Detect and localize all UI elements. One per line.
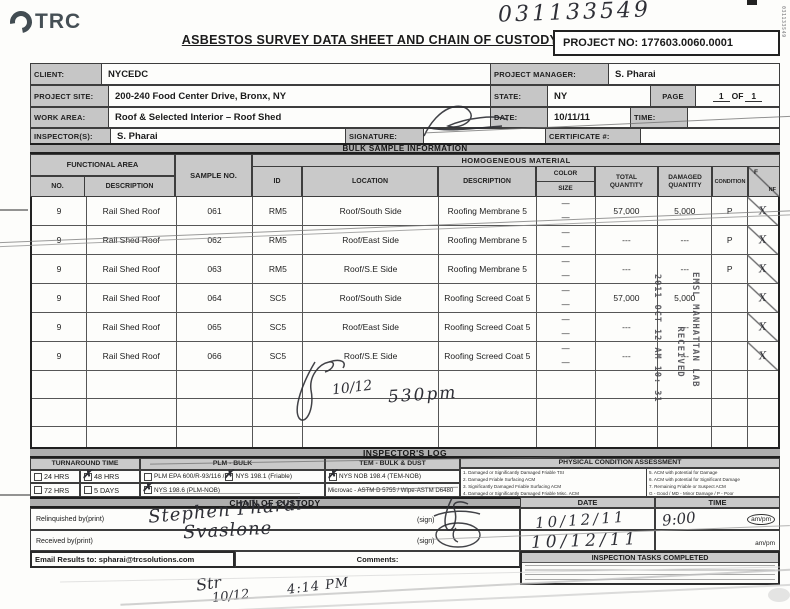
cell-color: —	[562, 258, 570, 266]
physical-item: 6. ACM with potential for Significant Da…	[649, 477, 777, 484]
checkbox-5days: ✗	[84, 486, 92, 494]
cell-functional-no: 9	[32, 342, 87, 370]
cell-color: —	[562, 200, 570, 208]
sample-row: 9 Rail Shed Roof 061 RM5 Roof/South Side…	[32, 197, 778, 226]
handwritten-tracking-number: 031133549	[498, 0, 652, 28]
cell-size: —	[562, 301, 570, 309]
physical-left-column: 1. Damaged or Significantly Damaged Fria…	[461, 469, 647, 496]
page-total: 1	[745, 91, 762, 102]
nys-198-1-label: NYS 198.1 (Friable)	[235, 473, 291, 480]
col-functional-area: FUNCTIONAL AREA	[30, 154, 175, 176]
cell-functional-description: Rail Shed Roof	[87, 313, 177, 341]
cell-color-size: — —	[537, 255, 596, 283]
cell-condition	[712, 313, 748, 341]
relinquished-time-value: 9:00	[661, 508, 696, 529]
email-results-cell: Email Results to: spharai@trcsolutions.c…	[30, 551, 235, 568]
cell-sample-no: 063	[177, 255, 254, 283]
cell-sample-no: 062	[177, 226, 254, 254]
signature-label: SIGNATURE:	[345, 128, 424, 144]
certificate-value	[640, 128, 780, 144]
cell-total-quantity: ---	[596, 226, 659, 254]
cell-condition	[712, 342, 748, 370]
inspectors-log-title: INSPECTOR'S LOG	[363, 448, 447, 458]
scan-artifact-line	[160, 493, 300, 494]
chain-time-header: TIME	[655, 497, 780, 508]
lab-received-stamp: EMSL MANHATTAN LAB RECEIVED	[672, 272, 702, 432]
sample-row: 9 Rail Shed Roof 066 SC5 Roof/S.E Side R…	[32, 342, 778, 371]
col-id: ID	[252, 166, 302, 197]
cell-location: Roof/South Side	[303, 197, 439, 225]
scan-edge-code: 031133549	[780, 6, 786, 38]
cell-f-nf: X	[748, 255, 778, 283]
physical-item: 3. Significantly Damaged Friable Surfaci…	[463, 484, 644, 491]
cell-color-size: — —	[537, 313, 596, 341]
cell-f-nf: X	[748, 226, 778, 254]
cell-functional-description: Rail Shed Roof	[87, 197, 177, 225]
stamp-status: RECEIVED	[672, 272, 687, 432]
ampm-circled: am/pm	[747, 514, 775, 525]
project-manager-value: S. Pharai	[608, 63, 780, 85]
cell-total-quantity: ---	[596, 342, 659, 370]
cell-material-description: Roofing Screed Coat 5	[439, 313, 537, 341]
cell-f-nf: X	[748, 284, 778, 312]
physical-assessment-header: PHYSICAL CONDITION ASSESSMENT	[460, 458, 780, 468]
physical-item: 2. Damaged Friable Surfacing ACM	[463, 477, 644, 484]
physical-item: 5. ACM with potential for Damage	[649, 470, 777, 477]
cell-sample-no: 066	[177, 342, 254, 370]
client-label: CLIENT:	[30, 63, 102, 85]
cell-material-description: Roofing Membrane 5	[439, 255, 537, 283]
inspectors-log-bar: INSPECTOR'S LOG	[30, 447, 780, 458]
cell-material-description: Roofing Membrane 5	[439, 226, 537, 254]
fnf-x-mark: X	[759, 292, 768, 305]
cell-functional-no: 9	[32, 197, 87, 225]
fnf-x-mark: X	[759, 321, 768, 334]
cell-size: —	[562, 359, 570, 367]
col-f: F	[754, 169, 758, 177]
plm-epa-label: PLM EPA 600/R-93/116 /	[154, 473, 224, 480]
client-value: NYCEDC	[101, 63, 491, 85]
form-title: ASBESTOS SURVEY DATA SHEET AND CHAIN OF …	[150, 33, 590, 47]
cell-condition	[712, 284, 748, 312]
cell-location: Roof/East Side	[303, 313, 439, 341]
col-nf: NF	[769, 186, 776, 194]
inspector-signature-scribble	[418, 98, 513, 144]
cell-color: —	[562, 345, 570, 353]
cell-color: —	[562, 287, 570, 295]
page-of-label: OF	[730, 91, 746, 101]
col-f-nf: F NF	[748, 166, 780, 197]
option-48hrs: ✗ 48 HRS	[80, 470, 140, 483]
cell-total-quantity: ---	[596, 255, 659, 283]
tem-row2: Microvac - ASTM D 5755 / Wipe-ASTM D6480	[325, 483, 460, 497]
scan-edge-mark	[747, 0, 757, 5]
cell-material-description: Roofing Screed Coat 5	[439, 284, 537, 312]
col-total-quantity: TOTAL QUANTITY	[595, 166, 658, 197]
col-condition: CONDITION	[712, 166, 748, 197]
cell-location: Roof/S.E Side	[303, 255, 439, 283]
tem-nob-label: NYS NOB 198.4 (TEM-NOB)	[339, 473, 421, 480]
cell-color: —	[562, 229, 570, 237]
cell-functional-description: Rail Shed Roof	[87, 342, 177, 370]
work-area-label: WORK AREA:	[30, 107, 109, 128]
cell-material-id: SC5	[253, 313, 303, 341]
cell-sample-no: 061	[177, 197, 254, 225]
option-48hrs-label: 48 HRS	[94, 472, 119, 481]
cell-total-quantity: ---	[596, 313, 659, 341]
received-label: Received by(print)	[36, 538, 93, 545]
cell-condition: P	[712, 255, 748, 283]
cell-condition: P	[712, 226, 748, 254]
state-value: NY	[547, 85, 651, 107]
cell-color-size: — —	[537, 226, 596, 254]
col-material-description: DESCRIPTION	[438, 166, 536, 197]
cell-sample-no: 065	[177, 313, 254, 341]
cell-sample-no: 064	[177, 284, 254, 312]
checkbox-nys-198-1: ✗	[225, 473, 233, 481]
col-size: SIZE	[536, 181, 595, 197]
comments-cell: Comments:	[235, 551, 520, 568]
sample-row: 9 Rail Shed Roof 065 SC5 Roof/East Side …	[32, 313, 778, 342]
physical-assessment-body: 1. Damaged or Significantly Damaged Fria…	[460, 468, 780, 497]
checkbox-24hrs: ✗	[34, 473, 42, 481]
tem-row1: ✗ NYS NOB 198.4 (TEM-NOB)	[325, 470, 460, 483]
trc-logo: TRC	[10, 10, 81, 34]
sample-row: 9 Rail Shed Roof 064 SC5 Roof/South Side…	[32, 284, 778, 313]
cell-functional-description: Rail Shed Roof	[87, 255, 177, 283]
cell-material-id: SC5	[253, 284, 303, 312]
physical-item: 7. Remaining Friable or Suspect ACM	[649, 484, 777, 491]
inspectors-value: S. Pharai	[110, 128, 346, 144]
page-number: 1	[713, 91, 730, 102]
relinquished-date-value: 10/12/11	[534, 508, 626, 532]
option-5days: ✗ 5 DAYS	[80, 483, 140, 497]
page-label: PAGE	[650, 85, 696, 107]
cell-size: —	[562, 272, 570, 280]
scan-artifact-mark	[0, 209, 28, 211]
inspection-tasks-header: INSPECTION TASKS COMPLETED	[522, 553, 778, 563]
relinquished-date-cell: 10/12/11	[520, 508, 655, 530]
cell-damaged-quantity: ---	[658, 226, 712, 254]
fnf-x-mark: X	[759, 263, 768, 276]
relinquished-label: Relinquished by(print)	[36, 516, 104, 523]
option-24hrs-label: 24 HRS	[44, 472, 69, 481]
time-label: TIME:	[630, 107, 688, 128]
certificate-label: CERTIFICATE #:	[545, 128, 641, 144]
project-no-box: PROJECT NO: 177603.0060.0001	[553, 30, 780, 56]
cell-location: Roof/South Side	[303, 284, 439, 312]
stamp-org: EMSL MANHATTAN LAB	[687, 272, 702, 432]
option-72hrs: ✗ 72 HRS	[30, 483, 80, 497]
sample-row: 9 Rail Shed Roof 063 RM5 Roof/S.E Side R…	[32, 255, 778, 284]
col-sample-no: SAMPLE NO.	[175, 154, 252, 197]
received-time-cell: am/pm	[655, 530, 780, 551]
cell-functional-no: 9	[32, 313, 87, 341]
project-no-label: PROJECT NO:	[563, 37, 638, 49]
scanned-asbestos-survey-form: TRC 031133549 031133549 ASBESTOS SURVEY …	[0, 0, 790, 609]
cell-color: —	[562, 316, 570, 324]
scan-artifact-smudge	[768, 588, 790, 602]
physical-item: 1. Damaged or Significantly Damaged Fria…	[463, 470, 644, 477]
cell-size: —	[562, 243, 570, 251]
col-no: NO.	[30, 176, 85, 197]
cell-color-size: — —	[537, 284, 596, 312]
cell-functional-no: 9	[32, 284, 87, 312]
checkbox-nys-198-6: ✗	[144, 486, 152, 494]
project-no-value: 177603.0060.0001	[641, 37, 733, 49]
col-color: COLOR	[536, 166, 595, 182]
physical-right-column: 5. ACM with potential for Damage6. ACM w…	[647, 469, 779, 496]
chain-date-header: DATE	[520, 497, 655, 508]
cell-functional-no: 9	[32, 255, 87, 283]
trc-logo-text: TRC	[35, 10, 81, 34]
bulk-section-bar: BULK SAMPLE INFORMATION	[30, 143, 780, 154]
cell-functional-description: Rail Shed Roof	[87, 284, 177, 312]
cell-f-nf: X	[748, 342, 778, 370]
col-damaged-quantity: DAMAGED QUANTITY	[658, 166, 712, 197]
fnf-x-mark: X	[759, 234, 768, 247]
inspectors-label: INSPECTOR(S):	[30, 128, 111, 144]
project-site-label: PROJECT SITE:	[30, 85, 109, 107]
trc-logo-icon	[6, 7, 37, 38]
checkbox-tem-nob: ✗	[329, 473, 337, 481]
col-location: LOCATION	[302, 166, 438, 197]
plm-row1: PLM EPA 600/R-93/116 / ✗ NYS 198.1 (Fria…	[140, 470, 325, 483]
cell-color-size: — —	[537, 342, 596, 370]
scan-artifact-mark	[0, 494, 30, 496]
col-description: DESCRIPTION	[84, 176, 175, 197]
cell-size: —	[562, 330, 570, 338]
fnf-x-mark: X	[759, 350, 768, 363]
option-24hrs: ✗ 24 HRS	[30, 470, 80, 483]
checkbox-48hrs: ✗	[84, 473, 92, 481]
cell-material-id: RM5	[253, 255, 303, 283]
ampm-label: am/pm	[755, 540, 775, 547]
project-manager-label: PROJECT MANAGER:	[490, 63, 609, 85]
cell-condition: P	[712, 197, 748, 225]
checkbox-72hrs: ✗	[34, 486, 42, 494]
option-5days-label: 5 DAYS	[94, 486, 119, 495]
option-72hrs-label: 72 HRS	[44, 486, 69, 495]
stamp-datetime: 2011 OCT 12 AM 10: 31	[652, 274, 662, 434]
cell-material-id: RM5	[253, 197, 303, 225]
cell-material-description: Roofing Screed Coat 5	[439, 342, 537, 370]
cell-f-nf: X	[748, 313, 778, 341]
cell-damaged-quantity: 5,000	[658, 197, 712, 225]
cell-total-quantity: 57,000	[596, 284, 659, 312]
page-of-cell: 1 OF 1	[695, 85, 780, 107]
